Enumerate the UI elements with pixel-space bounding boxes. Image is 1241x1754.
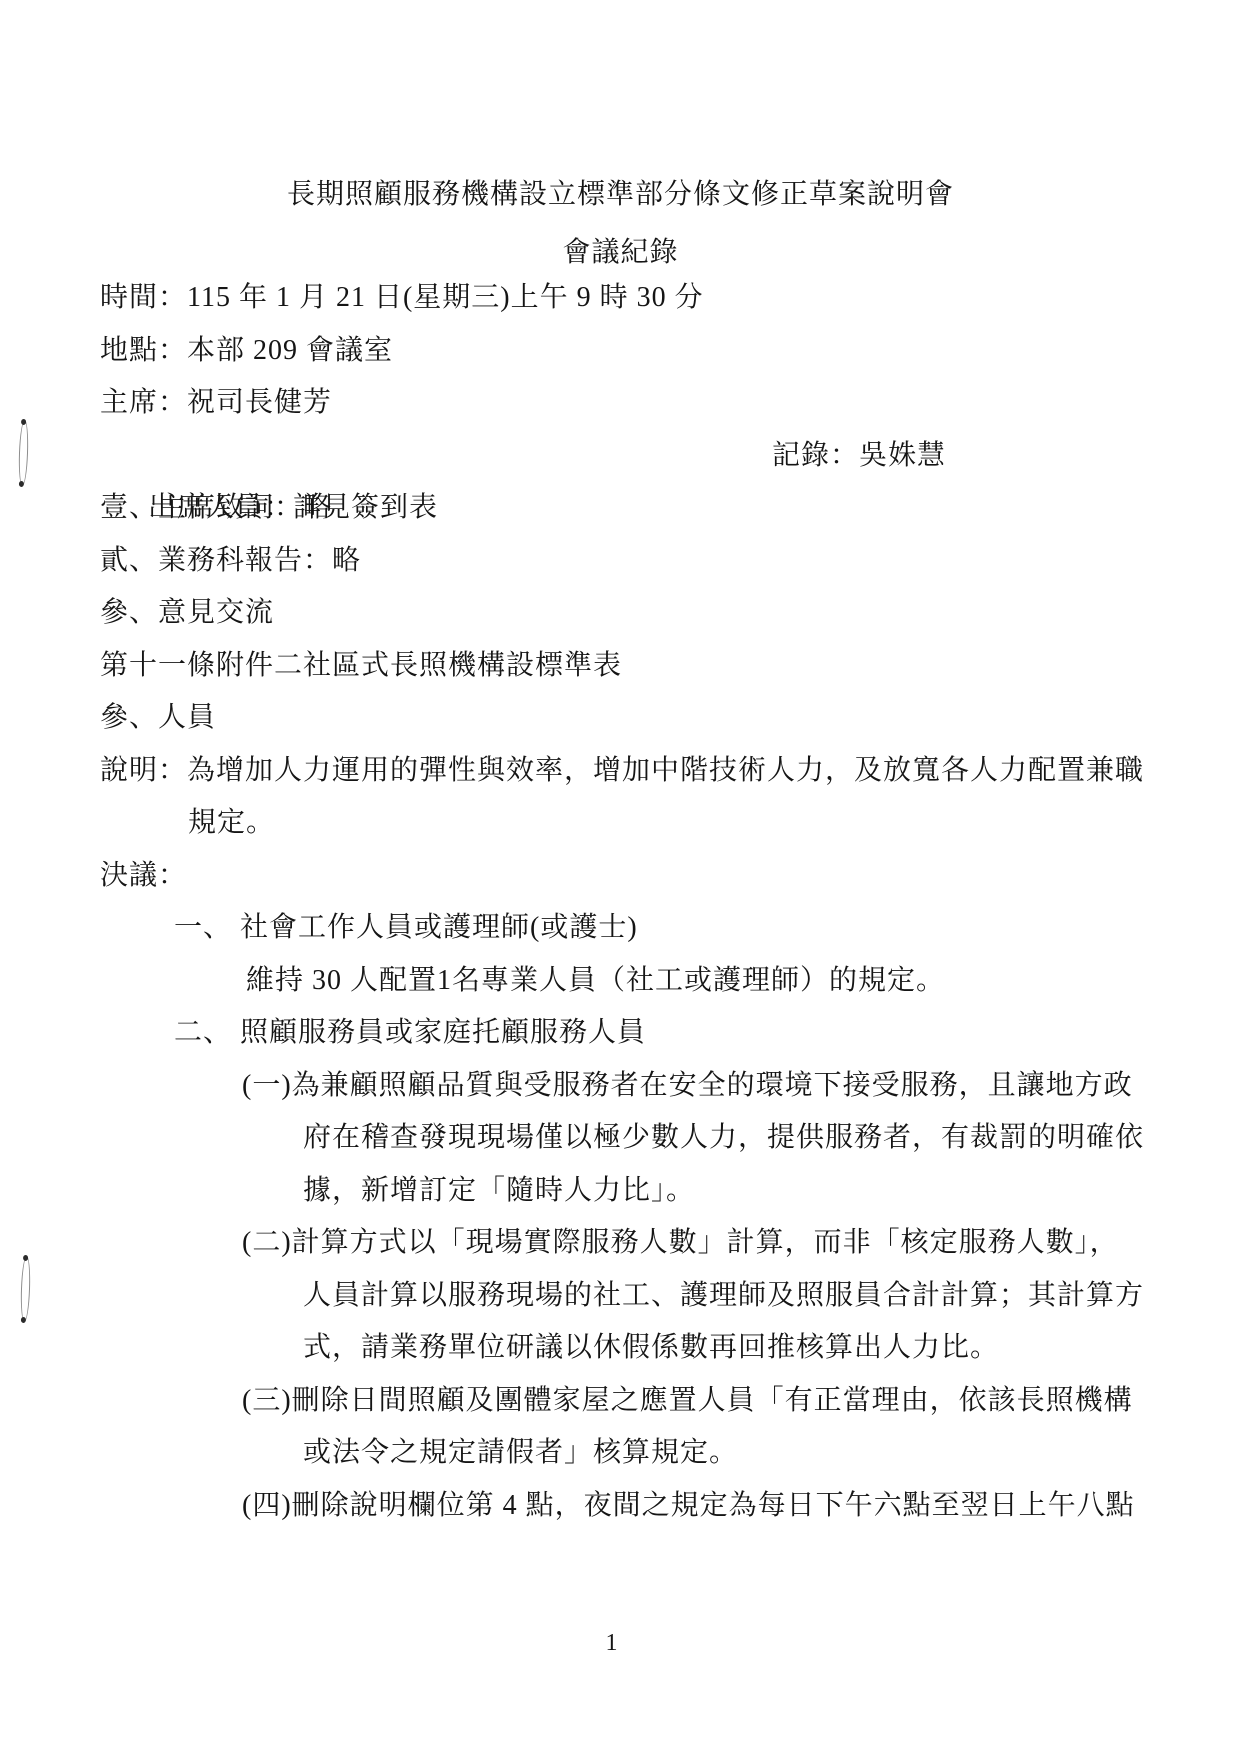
recorder-text: 記錄：吳姝慧 (772, 430, 946, 483)
document-line: 式，請業務單位研議以休假係數再回推核算出人力比。 (0, 1322, 1241, 1375)
meeting-chair-line: 主席：祝司長健芳 (0, 377, 1241, 430)
document-line: 壹、主席致詞：略 (0, 482, 1241, 535)
page-number: 1 (0, 1630, 1241, 1657)
meeting-location-line: 地點：本部 209 會議室 (0, 325, 1241, 378)
document-line: 人員計算以服務現場的社工、護理師及照服員合計計算；其計算方 (0, 1270, 1241, 1323)
document-line: 一、 社會工作人員或護理師(或護士) (0, 902, 1241, 955)
document-page: 長期照顧服務機構設立標準部分條文修正草案說明會 會議紀錄 時間：115 年 1 … (0, 0, 1241, 1754)
meeting-attendees-line: 出席人員：詳見簽到表 記錄：吳姝慧 (0, 430, 1241, 483)
document-line: 參、意見交流 (0, 587, 1241, 640)
document-line: 府在稽查發現現場僅以極少數人力，提供服務者，有裁罰的明確依 (0, 1112, 1241, 1165)
document-subtitle: 會議紀錄 (0, 230, 1241, 270)
document-line: 貳、業務科報告：略 (0, 535, 1241, 588)
meeting-time-line: 時間：115 年 1 月 21 日(星期三)上午 9 時 30 分 (0, 272, 1241, 325)
document-line: 維持 30 人配置1名專業人員（社工或護理師）的規定。 (0, 955, 1241, 1008)
document-title: 長期照顧服務機構設立標準部分條文修正草案說明會 (0, 172, 1241, 212)
document-line: 決議： (0, 850, 1241, 903)
document-line: (一)為兼顧照顧品質與受服務者在安全的環境下接受服務，且讓地方政 (0, 1060, 1241, 1113)
document-line: 規定。 (0, 797, 1241, 850)
document-line: 二、 照顧服務員或家庭托顧服務人員 (0, 1007, 1241, 1060)
document-line: 第十一條附件二社區式長照機構設標準表 (0, 640, 1241, 693)
document-line: (四)刪除說明欄位第 4 點，夜間之規定為每日下午六點至翌日上午八點 (0, 1480, 1241, 1533)
document-line: (三)刪除日間照顧及團體家屋之應置人員「有正當理由，依該長照機構 (0, 1375, 1241, 1428)
document-line: 說明：為增加人力運用的彈性與效率，增加中階技術人力，及放寬各人力配置兼職 (0, 745, 1241, 798)
document-body: 時間：115 年 1 月 21 日(星期三)上午 9 時 30 分 地點：本部 … (0, 272, 1241, 1532)
document-line: 據，新增訂定「隨時人力比」。 (0, 1165, 1241, 1218)
document-line: (二)計算方式以「現場實際服務人數」計算，而非「核定服務人數」， (0, 1217, 1241, 1270)
document-line: 參、人員 (0, 692, 1241, 745)
document-line: 或法令之規定請假者」核算規定。 (0, 1427, 1241, 1480)
